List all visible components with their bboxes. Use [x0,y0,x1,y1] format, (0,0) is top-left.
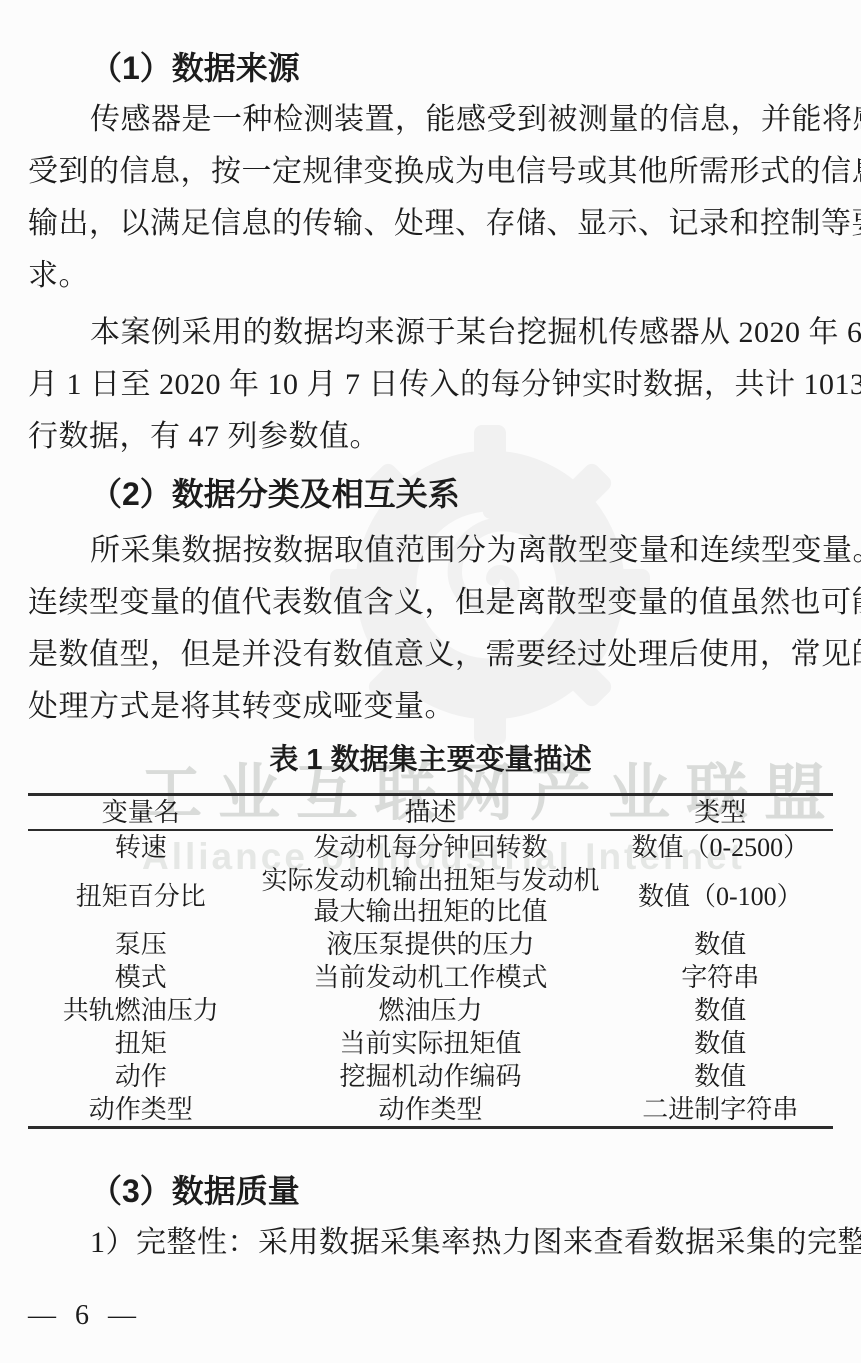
text-line: 输出，以满足信息的传输、处理、存储、显示、记录和控制等要 [28,198,833,250]
cell-description: 燃油压力 [253,994,607,1027]
document-page: 工业互联网产业联盟 Alliance of Industrial Interne… [0,0,861,1363]
cell-variable-name: 动作 [28,1060,253,1093]
cell-variable-name: 动作类型 [28,1093,253,1128]
text-line: 是数值型，但是并没有数值意义，需要经过处理后使用，常见的 [28,629,833,681]
text-line: 1）完整性：采用数据采集率热力图来查看数据采集的完整 [28,1217,833,1269]
cell-description: 液压泵提供的压力 [253,928,607,961]
cell-type: 数值 [608,1027,833,1060]
cell-variable-name: 泵压 [28,928,253,961]
cell-description: 当前实际扭矩值 [253,1027,607,1060]
text-line: 本案例采用的数据均来源于某台挖掘机传感器从 2020 年 6 [28,307,833,359]
text-line: 所采集数据按数据取值范围分为离散型变量和连续型变量。 [28,525,833,577]
text-line: 处理方式是将其转变成哑变量。 [28,681,833,733]
text-line: 行数据，有 47 列参数值。 [28,411,833,463]
variables-table: 变量名描述类型 转速 发动机每分钟回转数 数值（0-2500） 扭矩百分比 实际… [28,793,833,1129]
table-column-header: 描述 [253,795,607,831]
document-content: （1）数据来源 传感器是一种检测装置，能感受到被测量的信息，并能将感受到的信息，… [0,0,861,1269]
section-heading-3: （3）数据质量 [28,1165,833,1217]
cell-variable-name: 模式 [28,961,253,994]
page-number: — 6 — [28,1300,142,1332]
table-header-row: 变量名描述类型 [28,795,833,831]
table-row: 扭矩 当前实际扭矩值 数值 [28,1027,833,1060]
table-row: 转速 发动机每分钟回转数 数值（0-2500） [28,830,833,864]
paragraph-variable-types: 所采集数据按数据取值范围分为离散型变量和连续型变量。连续型变量的值代表数值含义，… [28,525,833,733]
cell-description: 发动机每分钟回转数 [253,830,607,864]
cell-description: 挖掘机动作编码 [253,1060,607,1093]
table-column-header: 变量名 [28,795,253,831]
cell-variable-name: 共轨燃油压力 [28,994,253,1027]
cell-description: 实际发动机输出扭矩与发动机最大输出扭矩的比值 [253,864,607,928]
table-row: 动作 挖掘机动作编码 数值 [28,1060,833,1093]
cell-description: 当前发动机工作模式 [253,961,607,994]
cell-type: 数值（0-2500） [608,830,833,864]
section-heading-2: （2）数据分类及相互关系 [28,468,833,520]
cell-type: 数值 [608,994,833,1027]
table-row: 共轨燃油压力 燃油压力 数值 [28,994,833,1027]
cell-variable-name: 扭矩 [28,1027,253,1060]
cell-type: 数值 [608,1060,833,1093]
table-row: 动作类型 动作类型 二进制字符串 [28,1093,833,1128]
paragraph-data-origin: 本案例采用的数据均来源于某台挖掘机传感器从 2020 年 6月 1 日至 202… [28,307,833,463]
cell-type: 数值（0-100） [608,864,833,928]
cell-variable-name: 转速 [28,830,253,864]
paragraph-sensor-definition: 传感器是一种检测装置，能感受到被测量的信息，并能将感受到的信息，按一定规律变换成… [28,94,833,302]
cell-type: 二进制字符串 [608,1093,833,1128]
cell-type: 字符串 [608,961,833,994]
table-row: 泵压 液压泵提供的压力 数值 [28,928,833,961]
text-line: 连续型变量的值代表数值含义，但是离散型变量的值虽然也可能 [28,577,833,629]
text-line: 受到的信息，按一定规律变换成为电信号或其他所需形式的信息 [28,146,833,198]
text-line: 传感器是一种检测装置，能感受到被测量的信息，并能将感 [28,94,833,146]
table-body: 转速 发动机每分钟回转数 数值（0-2500） 扭矩百分比 实际发动机输出扭矩与… [28,830,833,1128]
table-column-header: 类型 [608,795,833,831]
text-line: 月 1 日至 2020 年 10 月 7 日传入的每分钟实时数据，共计 1013… [28,359,833,411]
section-heading-1: （1）数据来源 [28,42,833,94]
paragraph-completeness: 1）完整性：采用数据采集率热力图来查看数据采集的完整 [28,1217,833,1269]
table-title: 表 1 数据集主要变量描述 [28,735,833,785]
cell-variable-name: 扭矩百分比 [28,864,253,928]
table-row: 扭矩百分比 实际发动机输出扭矩与发动机最大输出扭矩的比值 数值（0-100） [28,864,833,928]
cell-description: 动作类型 [253,1093,607,1128]
cell-type: 数值 [608,928,833,961]
text-line: 求。 [28,250,833,302]
table-row: 模式 当前发动机工作模式 字符串 [28,961,833,994]
